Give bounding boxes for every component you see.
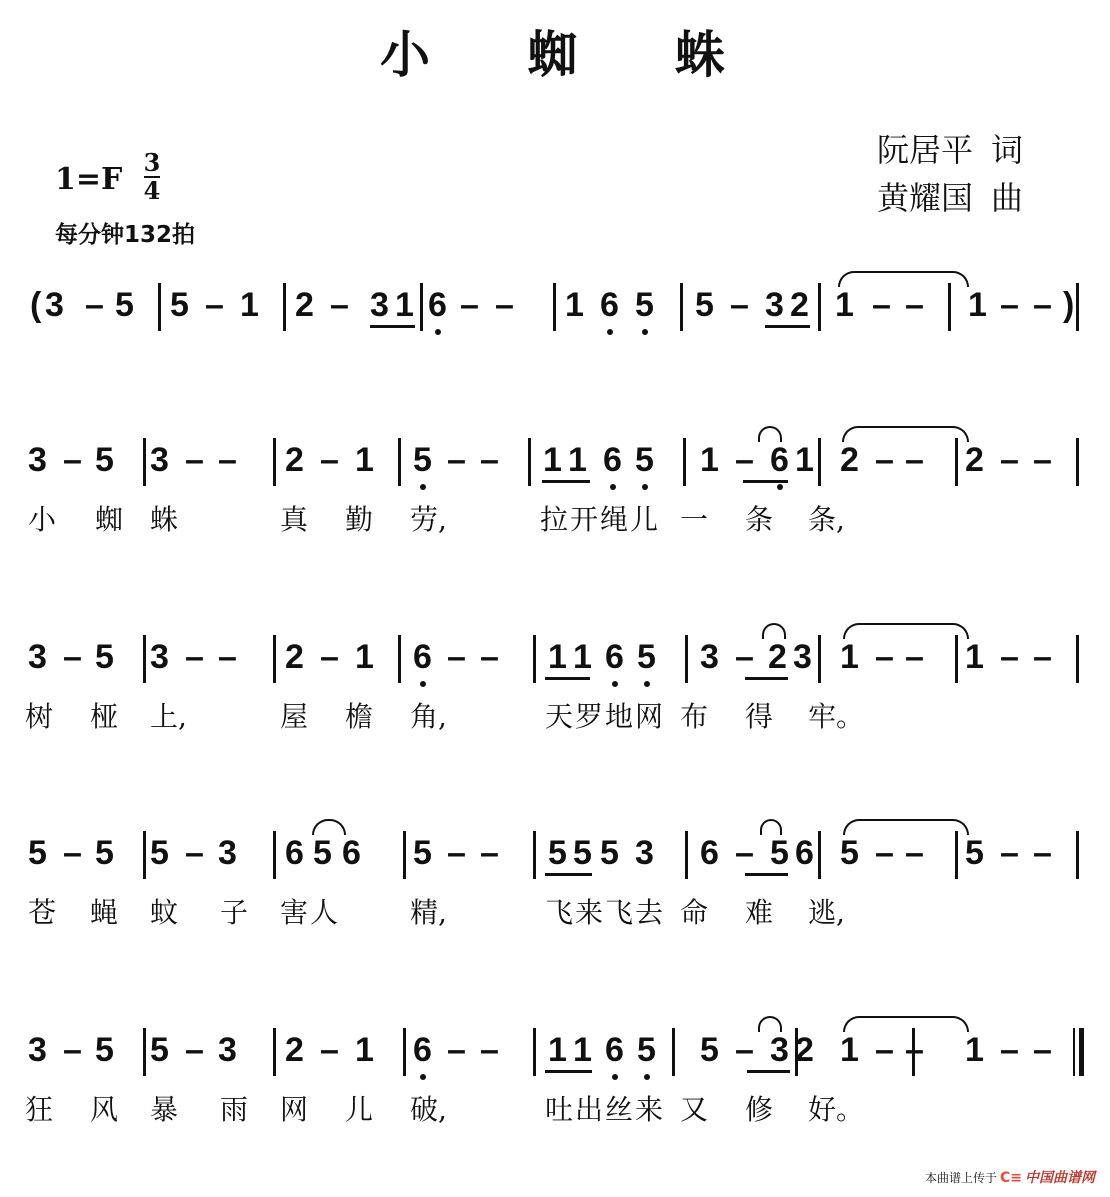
- composer-name: 黄耀国: [877, 179, 973, 217]
- notation-row: 3–53––2–15––11651–612––2––: [0, 440, 1110, 500]
- lyric-word: 风: [90, 1092, 118, 1128]
- dash-extension: –: [1000, 833, 1019, 873]
- note: 3: [793, 637, 812, 677]
- note: 6: [342, 833, 361, 873]
- tie-slur-arc: [842, 426, 969, 442]
- dash-extension: –: [447, 833, 466, 873]
- bar-line: [143, 831, 146, 879]
- note: 3: [28, 440, 47, 480]
- time-denominator: 4: [140, 178, 164, 204]
- note: 5: [700, 1030, 719, 1070]
- dash-extension: –: [875, 637, 894, 677]
- eighth-note-underline: [545, 1070, 592, 1073]
- bar-line: [1073, 1028, 1075, 1076]
- note: 5: [28, 833, 47, 873]
- lyric-word: 蚊: [150, 895, 178, 931]
- note: 1: [965, 1030, 984, 1070]
- note: 2: [840, 440, 859, 480]
- low-octave-dot: [644, 1074, 650, 1080]
- bar-line: [818, 438, 821, 486]
- dash-extension: –: [905, 637, 924, 677]
- notation-row: 5–55–36565––55536–565––5––: [0, 833, 1110, 893]
- low-octave-dot: [420, 1074, 426, 1080]
- note: 3: [150, 440, 169, 480]
- lyric-word: 子: [220, 895, 248, 931]
- note: 6: [700, 833, 719, 873]
- bar-line: [955, 635, 958, 683]
- lyric-word: 真: [280, 502, 308, 538]
- time-signature: 3 4: [140, 150, 164, 204]
- bar-line: [533, 1028, 536, 1076]
- lyrics-line: 小蜘蛛真勤劳,拉开绳儿一条条,: [0, 502, 1110, 542]
- note: 1: [573, 1030, 592, 1070]
- lyric-word: 牢。: [808, 699, 864, 735]
- note: 6: [428, 285, 447, 325]
- lyricist-credit: 阮居平词: [877, 130, 1023, 170]
- dash-extension: –: [205, 285, 224, 325]
- note: 3: [218, 1030, 237, 1070]
- note: 1: [543, 440, 562, 480]
- lyric-word: 飞来飞去: [545, 895, 665, 931]
- bar-line: [818, 831, 821, 879]
- dash-extension: –: [1033, 833, 1052, 873]
- song-title: 小 蜘 蛛: [380, 20, 765, 90]
- lyric-word: 角,: [410, 699, 447, 735]
- bar-line: [955, 831, 958, 879]
- bar-line: [398, 438, 401, 486]
- note: 1: [795, 440, 814, 480]
- lyric-word: 又: [680, 1092, 708, 1128]
- tie-slur-arc: [312, 819, 346, 835]
- footer-watermark: 本曲谱上传于C≡中国曲谱网: [925, 1168, 1095, 1188]
- lyric-word: 条,: [808, 502, 845, 538]
- lyrics-line: 树桠上,屋檐角,天罗地网布得牢。: [0, 699, 1110, 739]
- note: 5: [695, 285, 714, 325]
- bar-line: [273, 831, 276, 879]
- lyric-word: 屋: [280, 699, 308, 735]
- bar-line: [143, 635, 146, 683]
- lyric-word: 命: [680, 895, 708, 931]
- note: 5: [637, 637, 656, 677]
- note: 5: [637, 1030, 656, 1070]
- lyric-word: 桠: [90, 699, 118, 735]
- note: 6: [603, 440, 622, 480]
- low-octave-dot: [612, 681, 618, 687]
- bar-line: [143, 438, 146, 486]
- dash-extension: –: [330, 285, 349, 325]
- low-octave-dot: [642, 329, 648, 335]
- dash-extension: –: [1033, 440, 1052, 480]
- final-bar-line: [1079, 1028, 1084, 1076]
- low-octave-dot: [420, 681, 426, 687]
- lyric-word: 暴: [150, 1092, 178, 1128]
- note: 1: [840, 1030, 859, 1070]
- bar-line: [683, 438, 686, 486]
- time-numerator: 3: [140, 150, 164, 176]
- bar-line: [273, 438, 276, 486]
- bar-line: [912, 1028, 915, 1076]
- lyric-word: 树: [25, 699, 53, 735]
- dash-extension: –: [218, 440, 237, 480]
- note: 1: [355, 1030, 374, 1070]
- notation-row: 3–55–32–16––11655–321––1––: [0, 1030, 1110, 1090]
- dash-extension: –: [735, 440, 754, 480]
- note: 3: [370, 285, 389, 325]
- tie-slur-arc: [762, 623, 786, 639]
- tempo-marking: 每分钟132拍: [55, 220, 195, 250]
- dash-extension: –: [63, 637, 82, 677]
- note: 3: [635, 833, 654, 873]
- notation-row: 3–53––2–16––11653–231––1––: [0, 637, 1110, 697]
- lyric-word: 得: [745, 699, 773, 735]
- note: 3: [700, 637, 719, 677]
- note: 5: [95, 637, 114, 677]
- note: 1: [240, 285, 259, 325]
- dash-extension: –: [1000, 285, 1019, 325]
- eighth-note-underline: [745, 873, 788, 876]
- lyrics-line: 狂风暴雨网儿破,吐出丝来又修好。: [0, 1092, 1110, 1132]
- dash-extension: –: [447, 440, 466, 480]
- dash-extension: –: [185, 1030, 204, 1070]
- tie-slur-arc: [760, 819, 782, 835]
- note: 5: [413, 440, 432, 480]
- bar-line: [955, 438, 958, 486]
- dash-extension: –: [735, 637, 754, 677]
- dash-extension: –: [735, 833, 754, 873]
- note: 1: [700, 440, 719, 480]
- bar-line: [1076, 283, 1079, 331]
- note: 2: [768, 637, 787, 677]
- note: 2: [285, 1030, 304, 1070]
- dash-extension: –: [1000, 637, 1019, 677]
- lyric-word: 好。: [808, 1092, 864, 1128]
- note: 1: [565, 285, 584, 325]
- note: 6: [413, 637, 432, 677]
- note: 2: [285, 637, 304, 677]
- tie-slur-arc: [838, 271, 969, 287]
- lyric-word: 小: [28, 502, 56, 538]
- bar-line: [283, 283, 286, 331]
- bar-line: [680, 283, 683, 331]
- repeat-parenthesis: (: [30, 285, 41, 325]
- dash-extension: –: [185, 833, 204, 873]
- eighth-note-underline: [747, 1070, 790, 1073]
- note: 1: [573, 637, 592, 677]
- eighth-note-underline: [370, 325, 415, 328]
- note: 5: [548, 833, 567, 873]
- dash-extension: –: [218, 637, 237, 677]
- low-octave-dot: [607, 329, 613, 335]
- note: 5: [573, 833, 592, 873]
- composer-role: 曲: [991, 178, 1023, 218]
- note: 5: [635, 285, 654, 325]
- lyricist-name: 阮居平: [877, 131, 973, 169]
- dash-extension: –: [63, 1030, 82, 1070]
- note: 3: [218, 833, 237, 873]
- dash-extension: –: [185, 440, 204, 480]
- bar-line: [143, 1028, 146, 1076]
- dash-extension: –: [1033, 285, 1052, 325]
- eighth-note-underline: [545, 677, 590, 680]
- dash-extension: –: [495, 285, 514, 325]
- eighth-note-underline: [743, 480, 788, 483]
- key-signature: 1=F: [55, 160, 122, 200]
- bar-line: [273, 635, 276, 683]
- note: 5: [150, 833, 169, 873]
- note: 5: [95, 833, 114, 873]
- note: 3: [28, 1030, 47, 1070]
- note: 5: [150, 1030, 169, 1070]
- note: 6: [600, 285, 619, 325]
- note: 2: [790, 285, 809, 325]
- note: 2: [965, 440, 984, 480]
- note: 1: [548, 637, 567, 677]
- composer-credit: 黄耀国曲: [877, 178, 1023, 218]
- bar-line: [1076, 831, 1079, 879]
- lyric-word: 条: [745, 502, 773, 538]
- lyric-word: 勤: [345, 502, 373, 538]
- dash-extension: –: [905, 833, 924, 873]
- site-brand[interactable]: 中国曲谱网: [1025, 1170, 1095, 1186]
- dash-extension: –: [905, 440, 924, 480]
- note: 5: [965, 833, 984, 873]
- bar-line: [948, 283, 951, 331]
- bar-line: [420, 283, 423, 331]
- lyric-word: 一: [680, 502, 708, 538]
- note: 6: [413, 1030, 432, 1070]
- bar-line: [672, 1028, 675, 1076]
- note: 1: [395, 285, 414, 325]
- bar-line: [818, 635, 821, 683]
- note: 5: [413, 833, 432, 873]
- low-octave-dot: [644, 681, 650, 687]
- lyric-word: 苍: [28, 895, 56, 931]
- low-octave-dot: [420, 484, 426, 490]
- dash-extension: –: [875, 833, 894, 873]
- tie-slur-arc: [843, 623, 969, 639]
- lyric-word: 拉开绳儿: [540, 502, 660, 538]
- note: 5: [600, 833, 619, 873]
- note: 6: [285, 833, 304, 873]
- bar-line: [818, 283, 821, 331]
- eighth-note-underline: [765, 325, 810, 328]
- note: 3: [765, 285, 784, 325]
- lyric-word: 害人: [280, 895, 340, 931]
- lyric-word: 网: [280, 1092, 308, 1128]
- dash-extension: –: [1033, 1030, 1052, 1070]
- lyric-word: 修: [745, 1092, 773, 1128]
- lyricist-role: 词: [991, 130, 1023, 170]
- footer-text: 本曲谱上传于: [925, 1171, 997, 1185]
- note: 3: [28, 637, 47, 677]
- lyric-word: 布: [680, 699, 708, 735]
- lyric-word: 天罗地网: [545, 699, 665, 735]
- bar-line: [795, 1028, 798, 1076]
- dash-extension: –: [320, 440, 339, 480]
- note: 5: [115, 285, 134, 325]
- dash-extension: –: [460, 285, 479, 325]
- note: 2: [285, 440, 304, 480]
- note: 5: [95, 440, 114, 480]
- lyric-word: 精,: [410, 895, 447, 931]
- dash-extension: –: [447, 1030, 466, 1070]
- low-octave-dot: [777, 484, 783, 490]
- dash-extension: –: [905, 285, 924, 325]
- bar-line: [528, 438, 531, 486]
- note: 1: [968, 285, 987, 325]
- lyric-word: 吐出丝来: [545, 1092, 665, 1128]
- dash-extension: –: [185, 637, 204, 677]
- dash-extension: –: [872, 285, 891, 325]
- note: 3: [45, 285, 64, 325]
- lyric-word: 蜘: [95, 502, 123, 538]
- note: 1: [835, 285, 854, 325]
- lyric-word: 儿: [345, 1092, 373, 1128]
- note: 5: [170, 285, 189, 325]
- note: 1: [355, 637, 374, 677]
- note: 1: [355, 440, 374, 480]
- bar-line: [403, 831, 406, 879]
- dash-extension: –: [480, 637, 499, 677]
- bar-line: [533, 831, 536, 879]
- lyric-word: 难: [745, 895, 773, 931]
- notation-row: (3–55–12–316––1655–321––1––): [0, 285, 1110, 345]
- note: 5: [313, 833, 332, 873]
- repeat-parenthesis: ): [1063, 285, 1074, 325]
- note: 1: [568, 440, 587, 480]
- lyric-word: 檐: [345, 699, 373, 735]
- note: 5: [840, 833, 859, 873]
- lyric-word: 蛛: [150, 502, 178, 538]
- dash-extension: –: [320, 1030, 339, 1070]
- note: 6: [605, 1030, 624, 1070]
- bar-line: [533, 635, 536, 683]
- lyric-word: 破,: [410, 1092, 447, 1128]
- bar-line: [398, 635, 401, 683]
- lyric-word: 上,: [150, 699, 187, 735]
- note: 1: [840, 637, 859, 677]
- tie-slur-arc: [758, 1016, 782, 1032]
- dash-extension: –: [320, 637, 339, 677]
- eighth-note-underline: [542, 480, 590, 483]
- tie-slur-arc: [758, 426, 782, 442]
- note: 6: [770, 440, 789, 480]
- note: 5: [95, 1030, 114, 1070]
- note: 1: [965, 637, 984, 677]
- tie-slur-arc: [843, 819, 969, 835]
- low-octave-dot: [610, 484, 616, 490]
- dash-extension: –: [1000, 1030, 1019, 1070]
- note: 5: [770, 833, 789, 873]
- tie-slur-arc: [843, 1016, 969, 1032]
- dash-extension: –: [875, 1030, 894, 1070]
- note: 2: [295, 285, 314, 325]
- bar-line: [1076, 438, 1079, 486]
- low-octave-dot: [642, 484, 648, 490]
- dash-extension: –: [480, 1030, 499, 1070]
- bar-line: [1076, 635, 1079, 683]
- bar-line: [403, 1028, 406, 1076]
- note: 1: [548, 1030, 567, 1070]
- lyric-word: 雨: [220, 1092, 248, 1128]
- dash-extension: –: [85, 285, 104, 325]
- bar-line: [685, 831, 688, 879]
- site-logo-icon: C≡: [1000, 1170, 1022, 1186]
- low-octave-dot: [435, 329, 441, 335]
- bar-line: [273, 1028, 276, 1076]
- dash-extension: –: [447, 637, 466, 677]
- eighth-note-underline: [545, 873, 592, 876]
- note: 5: [635, 440, 654, 480]
- dash-extension: –: [480, 833, 499, 873]
- dash-extension: –: [875, 440, 894, 480]
- dash-extension: –: [730, 285, 749, 325]
- lyric-word: 劳,: [410, 502, 447, 538]
- dash-extension: –: [480, 440, 499, 480]
- bar-line: [685, 635, 688, 683]
- note: 3: [770, 1030, 789, 1070]
- note: 6: [795, 833, 814, 873]
- lyrics-line: 苍蝇蚊子害人精,飞来飞去命难逃,: [0, 895, 1110, 935]
- low-octave-dot: [612, 1074, 618, 1080]
- dash-extension: –: [1000, 440, 1019, 480]
- bar-line: [158, 283, 161, 331]
- lyric-word: 蝇: [90, 895, 118, 931]
- note: 3: [150, 637, 169, 677]
- dash-extension: –: [63, 833, 82, 873]
- eighth-note-underline: [745, 677, 788, 680]
- bar-line: [553, 283, 556, 331]
- dash-extension: –: [735, 1030, 754, 1070]
- lyric-word: 狂: [25, 1092, 53, 1128]
- dash-extension: –: [1033, 637, 1052, 677]
- lyric-word: 逃,: [808, 895, 845, 931]
- note: 6: [605, 637, 624, 677]
- dash-extension: –: [63, 440, 82, 480]
